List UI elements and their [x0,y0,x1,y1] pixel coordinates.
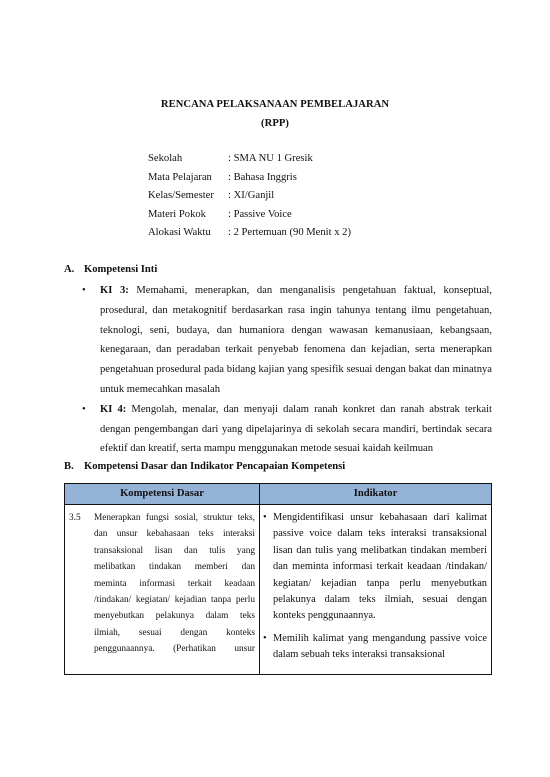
meta-label: Mata Pelajaran [148,169,228,188]
column-header-kompetensi-dasar: Kompetensi Dasar [65,484,259,504]
indikator-text: Memilih kalimat yang mengandung passive … [273,633,487,660]
meta-label: Kelas/Semester [148,187,228,206]
document-subtitle: (RPP) [0,118,550,129]
identity-block: Sekolah: SMA NU 1 Gresik Mata Pelajaran:… [148,150,351,243]
list-item-ki4: • KI 4: Mengolah, menalar, dan menyaji d… [80,400,492,459]
column-divider [259,484,260,674]
section-title: Kompetensi Inti [84,264,157,275]
meta-row-kelas-semester: Kelas/Semester: XI/Ganjil [148,187,351,206]
section-a-heading: A.Kompetensi Inti [64,264,157,275]
ki-text: Mengolah, menalar, dan menyaji dalam ran… [100,404,492,455]
indikator-text: Mengidentifikasi unsur kebahasaan dari k… [273,512,487,621]
bullet-icon: • [82,281,86,301]
section-letter: A. [64,264,84,275]
ki-label: KI 4: [100,404,126,415]
meta-value: : Passive Voice [228,209,292,220]
kd-text: Menerapkan fungsi sosial, struktur teks,… [94,510,255,658]
meta-value: : 2 Pertemuan (90 Menit x 2) [228,227,351,238]
kd-code: 3.5 [69,510,81,526]
bullet-icon: • [263,631,267,647]
document-page: RENCANA PELAKSANAAN PEMBELAJARAN (RPP) S… [0,0,550,777]
column-header-indikator: Indikator [260,484,491,504]
section-letter: B. [64,461,84,472]
indikator-item: • Memilih kalimat yang mengandung passiv… [263,631,487,664]
ki-text: Memahami, menerapkan, dan menganalisis p… [100,285,492,395]
meta-row-mata-pelajaran: Mata Pelajaran: Bahasa Inggris [148,169,351,188]
meta-label: Sekolah [148,150,228,169]
meta-row-materi-pokok: Materi Pokok: Passive Voice [148,206,351,225]
table-cell-indikator: • Mengidentifikasi unsur kebahasaan dari… [263,510,487,670]
list-item-ki3: • KI 3: Memahami, menerapkan, dan mengan… [80,281,492,400]
kompetensi-dasar-table: Kompetensi Dasar Indikator 3.5 Menerapka… [64,483,492,675]
meta-label: Materi Pokok [148,206,228,225]
meta-label: Alokasi Waktu [148,224,228,243]
bullet-icon: • [263,510,267,526]
section-title: Kompetensi Dasar dan Indikator Pencapaia… [84,461,345,472]
document-title: RENCANA PELAKSANAAN PEMBELAJARAN [0,99,550,110]
meta-value: : Bahasa Inggris [228,172,297,183]
section-b-heading: B.Kompetensi Dasar dan Indikator Pencapa… [64,461,345,472]
meta-row-alokasi-waktu: Alokasi Waktu: 2 Pertemuan (90 Menit x 2… [148,224,351,243]
table-cell-kompetensi-dasar: 3.5 Menerapkan fungsi sosial, struktur t… [69,510,255,658]
bullet-icon: • [82,400,86,420]
table-header: Kompetensi Dasar Indikator [65,484,491,505]
ki-label: KI 3: [100,285,129,296]
meta-value: : SMA NU 1 Gresik [228,153,313,164]
meta-value: : XI/Ganjil [228,190,274,201]
indikator-item: • Mengidentifikasi unsur kebahasaan dari… [263,510,487,625]
meta-row-sekolah: Sekolah: SMA NU 1 Gresik [148,150,351,169]
kompetensi-inti-list: • KI 3: Memahami, menerapkan, dan mengan… [80,281,492,459]
